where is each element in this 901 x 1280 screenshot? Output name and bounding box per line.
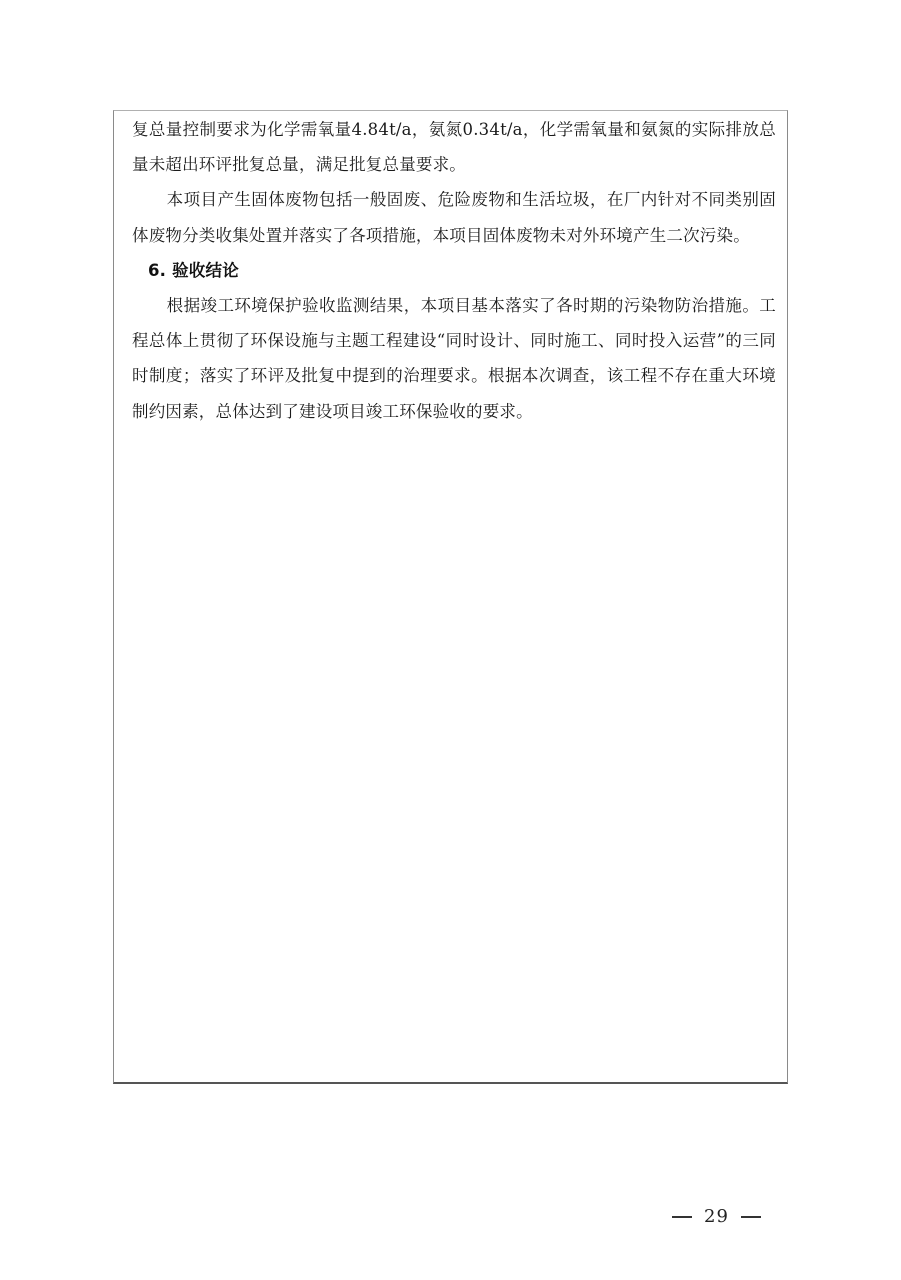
dash-left-icon (672, 1216, 692, 1218)
document-body: 复总量控制要求为化学需氧量4.84t/a，氨氮0.34t/a，化学需氧量和氨氮的… (132, 112, 776, 429)
paragraph-solid-waste: 本项目产生固体废物包括一般固废、危险废物和生活垃圾，在厂内针对不同类别固体废物分… (132, 182, 776, 252)
page-number-footer: 29 (672, 1206, 761, 1227)
paragraph-emission-totals: 复总量控制要求为化学需氧量4.84t/a，氨氮0.34t/a，化学需氧量和氨氮的… (132, 112, 776, 182)
dash-right-icon (741, 1216, 761, 1218)
section-heading-conclusion: 6. 验收结论 (132, 253, 776, 288)
page-number: 29 (704, 1206, 729, 1227)
paragraph-conclusion: 根据竣工环境保护验收监测结果，本项目基本落实了各时期的污染物防治措施。工程总体上… (132, 288, 776, 429)
